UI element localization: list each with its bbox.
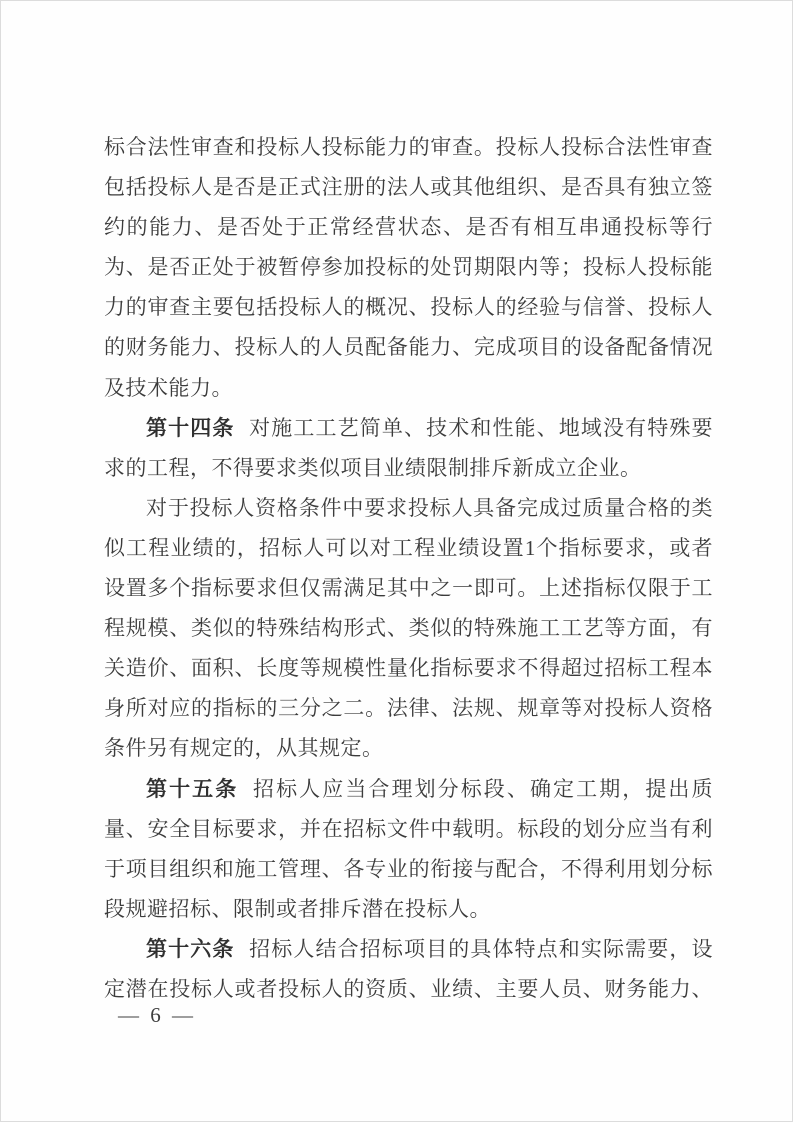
text-line: 似工程业绩的，招标人可以对工程业绩设置1个指标要求，或者 (104, 528, 713, 568)
line-text: 及技术能力。 (104, 376, 233, 400)
text-line: 的财务能力、投标人的人员配备能力、完成项目的设备配备情况 (104, 327, 713, 367)
line-text: 的财务能力、投标人的人员配备能力、完成项目的设备配备情况 (104, 335, 713, 359)
line-text: 程规模、类似的特殊结构形式、类似的特殊施工工艺等方面，有 (104, 616, 713, 640)
text-line: 关造价、面积、长度等规模性量化指标要求不得超过招标工程本 (104, 648, 713, 688)
article-number: 第十六条 (146, 937, 234, 961)
line-text: 为、是否正处于被暂停参加投标的处罚期限内等；投标人投标能 (104, 255, 713, 279)
text-line: 身所对应的指标的三分之二。法律、法规、规章等对投标人资格 (104, 688, 713, 728)
text-line: 设置多个指标要求但仅需满足其中之一即可。上述指标仅限于工 (104, 568, 713, 608)
line-text: 对于投标人资格条件中要求投标人具备完成过质量合格的类 (146, 496, 713, 520)
article-number: 第十四条 (146, 416, 234, 440)
text-line-article-14: 第十四条对施工工艺简单、技术和性能、地域没有特殊要 (104, 408, 713, 448)
text-line: 求的工程，不得要求类似项目业绩限制排斥新成立企业。 (104, 448, 713, 488)
line-text: 招标人结合招标项目的具体特点和实际需要，设 (249, 937, 713, 961)
text-line-article-15: 第十五条招标人应当合理划分标段、确定工期，提出质 (104, 769, 713, 809)
text-line: 约的能力、是否处于正常经营状态、是否有相互串通投标等行 (104, 207, 713, 247)
line-text: 身所对应的指标的三分之二。法律、法规、规章等对投标人资格 (104, 696, 713, 720)
line-text: 量、安全目标要求，并在招标文件中载明。标段的划分应当有利 (104, 817, 713, 841)
document-page: 标合法性审查和投标人投标能力的审查。投标人投标合法性审查 包括投标人是否是正式注… (0, 0, 793, 1122)
text-line: 段规避招标、限制或者排斥潜在投标人。 (104, 889, 713, 929)
line-text: 约的能力、是否处于正常经营状态、是否有相互串通投标等行 (104, 215, 713, 239)
text-line: 于项目组织和施工管理、各专业的衔接与配合，不得利用划分标 (104, 849, 713, 889)
line-text: 于项目组织和施工管理、各专业的衔接与配合，不得利用划分标 (104, 857, 713, 881)
line-text: 求的工程，不得要求类似项目业绩限制排斥新成立企业。 (104, 456, 642, 480)
document-text-block: 标合法性审查和投标人投标能力的审查。投标人投标合法性审查 包括投标人是否是正式注… (104, 127, 713, 1009)
text-line: 包括投标人是否是正式注册的法人或其他组织、是否具有独立签 (104, 167, 713, 207)
line-text: 设置多个指标要求但仅需满足其中之一即可。上述指标仅限于工 (104, 576, 713, 600)
line-text: 段规避招标、限制或者排斥潜在投标人。 (104, 897, 491, 921)
article-number: 第十五条 (146, 777, 238, 801)
text-line: 为、是否正处于被暂停参加投标的处罚期限内等；投标人投标能 (104, 247, 713, 287)
line-text: 条件另有规定的，从其规定。 (104, 736, 384, 760)
text-line: 力的审查主要包括投标人的概况、投标人的经验与信誉、投标人 (104, 287, 713, 327)
line-text: 对施工工艺简单、技术和性能、地域没有特殊要 (249, 416, 713, 440)
text-line: 标合法性审查和投标人投标能力的审查。投标人投标合法性审查 (104, 127, 713, 167)
text-line: 条件另有规定的，从其规定。 (104, 728, 713, 768)
page-number: — 6 — (118, 1002, 196, 1028)
text-line: 及技术能力。 (104, 368, 713, 408)
line-text: 定潜在投标人或者投标人的资质、业绩、主要人员、财务能力、 (104, 977, 713, 1001)
line-text: 力的审查主要包括投标人的概况、投标人的经验与信誉、投标人 (104, 295, 713, 319)
text-line: 对于投标人资格条件中要求投标人具备完成过质量合格的类 (104, 488, 713, 528)
text-line: 程规模、类似的特殊结构形式、类似的特殊施工工艺等方面，有 (104, 608, 713, 648)
line-text: 包括投标人是否是正式注册的法人或其他组织、是否具有独立签 (104, 175, 713, 199)
line-text: 招标人应当合理划分标段、确定工期，提出质 (253, 777, 713, 801)
text-line-article-16: 第十六条招标人结合招标项目的具体特点和实际需要，设 (104, 929, 713, 969)
line-text: 关造价、面积、长度等规模性量化指标要求不得超过招标工程本 (104, 656, 713, 680)
text-line: 量、安全目标要求，并在招标文件中载明。标段的划分应当有利 (104, 809, 713, 849)
line-text: 似工程业绩的，招标人可以对工程业绩设置1个指标要求，或者 (104, 536, 713, 560)
line-text: 标合法性审查和投标人投标能力的审查。投标人投标合法性审查 (104, 135, 713, 159)
